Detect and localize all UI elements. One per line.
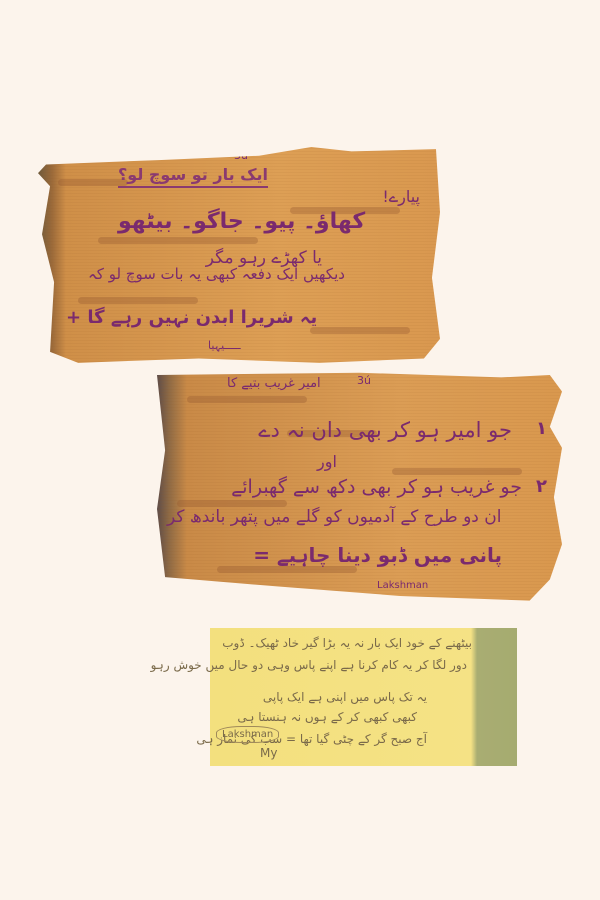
main-line: کھاؤ۔ پیو۔ جاگو۔ بیٹھو — [118, 209, 365, 234]
signature: ـــــیہیا — [208, 339, 241, 352]
smudge — [217, 566, 357, 573]
closing-line: یہ شریرا ابدن نہیں رہے گا + — [66, 307, 317, 328]
smudge — [392, 468, 522, 475]
note-line: بیٹھنے کے خود ایک بار نہ یہ بڑا گیر خاد … — [222, 636, 472, 650]
note-line: جو غریب ہو کر بھی دکھ سے گھبرائے — [231, 476, 522, 498]
greeting: پیارے! — [382, 187, 420, 206]
note-scrap-1: 3ú ایک بار تو سوچ لو؟ پیارے! کھاؤ۔ پیو۔ … — [38, 147, 440, 365]
note-line: یہ تک پاس میں اپنی ہے ایک پاپی — [263, 690, 427, 704]
note-line: کبھی کبھی کر کے ہوں نہ ہنستا ہی — [237, 710, 417, 724]
item-number: ٢ — [536, 476, 547, 497]
note-line: دیکھیں ایک دفعہ کبھی یہ بات سوچ لو کہ — [88, 265, 345, 283]
page-badge: 3ú — [234, 149, 248, 162]
smudge — [187, 396, 307, 403]
smudge — [310, 327, 410, 334]
signature: Lakshman — [377, 580, 428, 591]
note-line: اور — [317, 452, 337, 471]
note-scrap-3: بیٹھنے کے خود ایک بار نہ یہ بڑا گیر خاد … — [210, 628, 517, 766]
signature: Lakshman — [216, 726, 279, 743]
note-scrap-2: 3ú امیر غریب بتیے کا ١ جو امیر ہو کر بھی… — [157, 368, 562, 603]
note-line: پانی میں ڈبو دینا چاہیے = — [253, 543, 502, 567]
note-line: ان دو طرح کے آدمیوں کو گلے میں پتھر باند… — [167, 506, 501, 527]
note-title: ایک بار تو سوچ لو؟ — [118, 165, 268, 188]
page-badge: 3ú — [357, 374, 371, 387]
smudge — [78, 297, 198, 304]
note-line: جو امیر ہو کر بھی دان نہ دے — [258, 418, 512, 442]
note-line: دور لگا کر یہ کام کرنا ہے اپنے پاس وہی د… — [151, 658, 467, 672]
item-number: ١ — [536, 418, 547, 439]
note-heading: امیر غریب بتیے کا — [227, 376, 321, 391]
smudge — [98, 237, 258, 244]
footer-label: My — [260, 746, 277, 760]
